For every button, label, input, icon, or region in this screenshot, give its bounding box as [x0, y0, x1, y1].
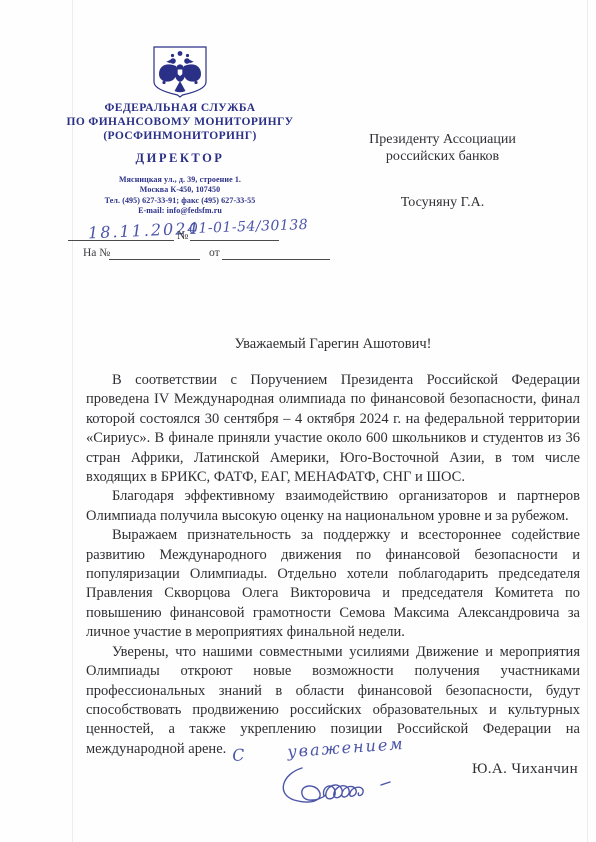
address-city: Москва К-450, 107450 [66, 185, 294, 196]
recipient-name: Тосуняну Г.А. [355, 194, 530, 211]
letter-body: В соответствии с Поручением Президента Р… [86, 371, 580, 759]
scan-edge-line-right [587, 0, 588, 842]
reply-from-underline [222, 259, 330, 260]
org-name-line3: (РОСФИНМОНИТОРИНГ) [66, 130, 294, 144]
reply-no-underline [109, 259, 200, 260]
position-title: ДИРЕКТОР [66, 151, 294, 166]
coat-of-arms-icon [152, 46, 208, 98]
org-address: Мясницкая ул., д. 39, строение 1. Москва… [66, 175, 294, 217]
body-paragraph: Благодаря эффективному взаимодействию ор… [86, 487, 580, 526]
letterhead: ФЕДЕРАЛЬНАЯ СЛУЖБА ПО ФИНАНСОВОМУ МОНИТО… [66, 46, 294, 217]
body-paragraph: Выражаем признательность за поддержку и … [86, 526, 580, 642]
reply-no-label: На № [83, 247, 110, 259]
address-email: E-mail: info@fedsfm.ru [66, 206, 294, 217]
address-street: Мясницкая ул., д. 39, строение 1. [66, 175, 294, 186]
body-paragraph: В соответствии с Поручением Президента Р… [86, 371, 580, 487]
handwritten-number: 01-01-54/30138 [189, 217, 309, 237]
salutation: Уважаемый Гарегин Ашотович! [86, 336, 580, 353]
letter-page: ФЕДЕРАЛЬНАЯ СЛУЖБА ПО ФИНАНСОВОМУ МОНИТО… [0, 0, 596, 842]
address-phone: Тел. (495) 627-33-91; факс (495) 627-33-… [66, 196, 294, 207]
org-name-line1: ФЕДЕРАЛЬНАЯ СЛУЖБА [66, 102, 294, 116]
recipient-block: Президенту Ассоциации российских банков … [355, 131, 530, 211]
recipient-line1: Президенту Ассоциации [355, 131, 530, 148]
signer-name: Ю.А. Чиханчин [472, 761, 578, 778]
number-sign: № [177, 228, 188, 243]
org-name-line2: ПО ФИНАНСОВОМУ МОНИТОРИНГУ [66, 116, 294, 130]
recipient-line2: российских банков [355, 148, 530, 165]
reply-from-label: от [209, 247, 220, 259]
date-underline [68, 240, 174, 241]
signature-scribble-icon [268, 756, 418, 808]
number-underline [190, 240, 279, 241]
